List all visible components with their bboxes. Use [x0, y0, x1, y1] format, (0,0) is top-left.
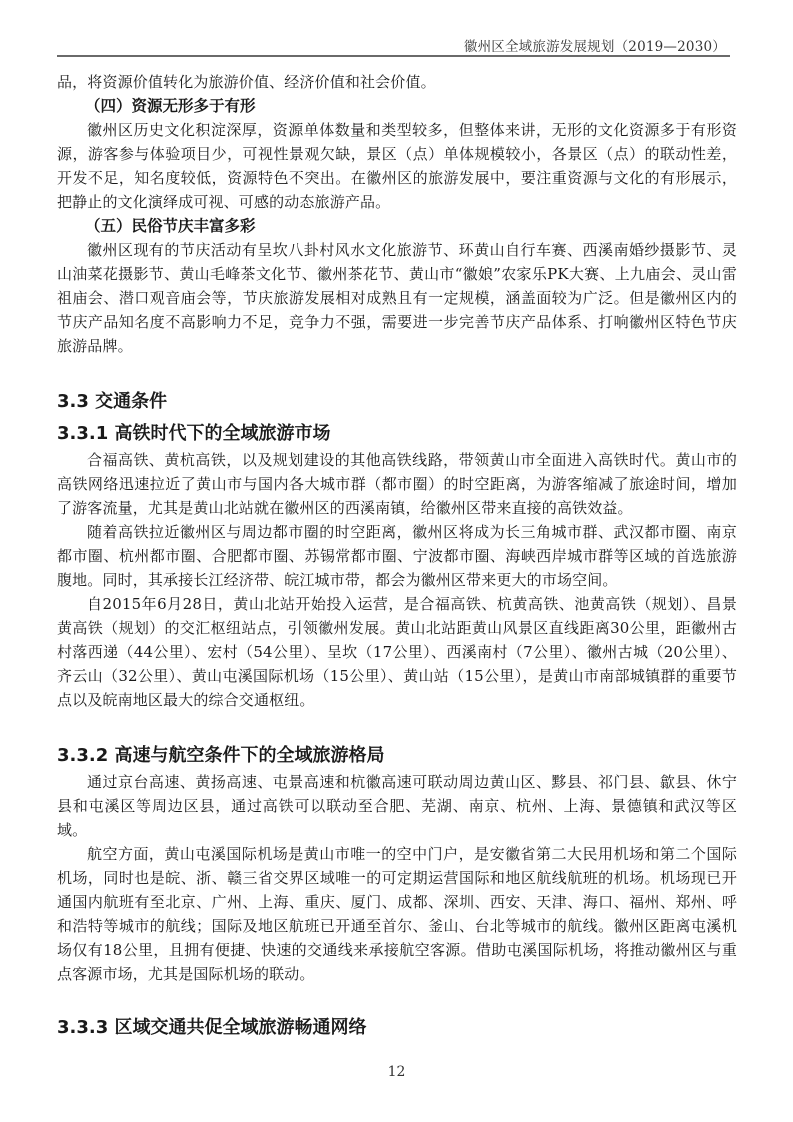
paragraph: 自2015年6月28日，黄山北站开始投入运营，是合福高铁、杭黄高铁、池黄高铁（规…: [57, 592, 737, 712]
section-heading-3-3-2: 3.3.2 高速与航空条件下的全域旅游格局: [57, 742, 737, 770]
section-heading-3-3-1: 3.3.1 高铁时代下的全域旅游市场: [57, 420, 737, 448]
paragraph: 航空方面，黄山屯溪国际机场是黄山市唯一的空中门户，是安徽省第二大民用机场和第二个…: [57, 842, 737, 986]
running-header: 徽州区全域旅游发展规划（2019—2030）: [57, 33, 730, 57]
paragraph: 合福高铁、黄杭高铁，以及规划建设的其他高铁线路，带领黄山市全面进入高铁时代。黄山…: [57, 448, 737, 520]
paragraph: 徽州区历史文化积淀深厚，资源单体数量和类型较多，但整体来讲，无形的文化资源多于有…: [57, 118, 737, 214]
page-body: 品，将资源价值转化为旅游价值、经济价值和社会价值。 （四）资源无形多于有形 徽州…: [57, 70, 737, 1042]
document-title: 徽州区全域旅游发展规划（2019—2030）: [464, 35, 726, 55]
subheading-four: （四）资源无形多于有形: [57, 94, 737, 118]
section-heading-3-3-3: 3.3.3 区域交通共促全域旅游畅通网络: [57, 1014, 737, 1042]
paragraph: 通过京台高速、黄扬高速、屯景高速和杭徽高速可联动周边黄山区、黟县、祁门县、歙县、…: [57, 770, 737, 842]
paragraph: 徽州区现有的节庆活动有呈坎八卦村风水文化旅游节、环黄山自行车赛、西溪南婚纱摄影节…: [57, 238, 737, 358]
section-heading-3-3: 3.3 交通条件: [57, 388, 737, 416]
paragraph: 品，将资源价值转化为旅游价值、经济价值和社会价值。: [57, 70, 737, 94]
page-number: 12: [0, 1064, 793, 1080]
paragraph: 随着高铁拉近徽州区与周边都市圈的时空距离，徽州区将成为长三角城市群、武汉都市圈、…: [57, 520, 737, 592]
subheading-five: （五）民俗节庆丰富多彩: [57, 214, 737, 238]
